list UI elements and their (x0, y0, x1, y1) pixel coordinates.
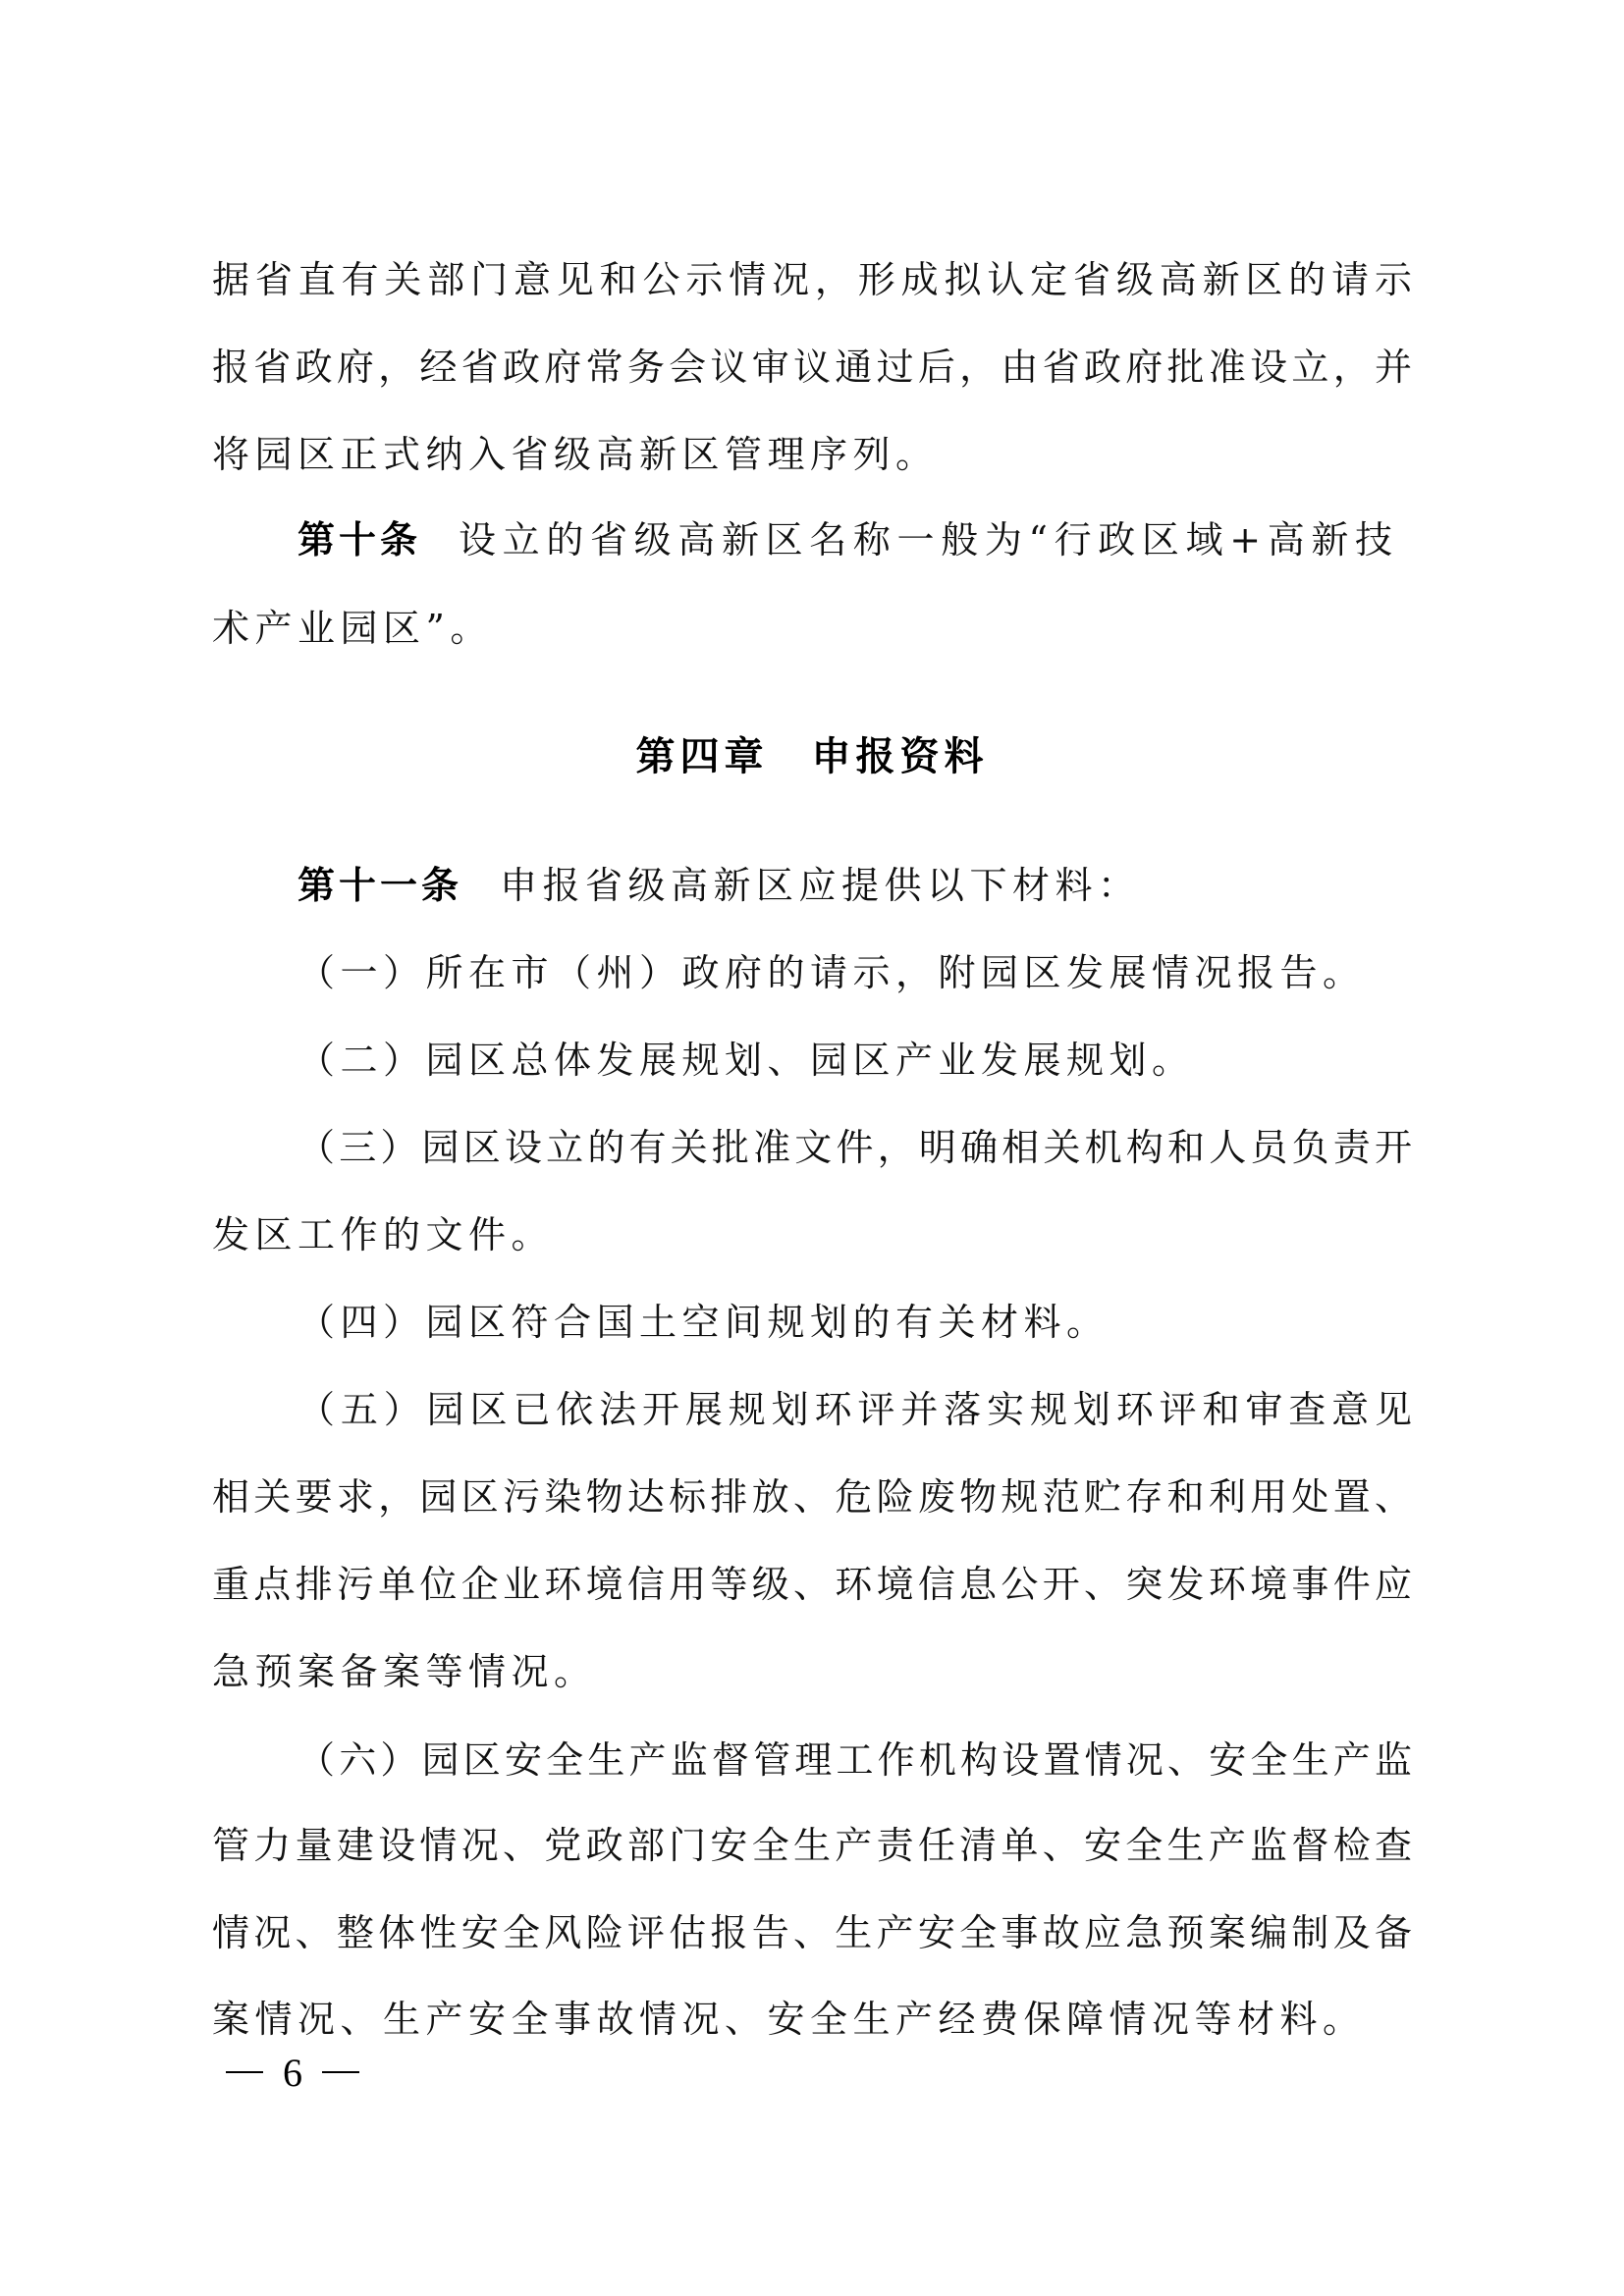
paragraph-line: 将园区正式纳入省级高新区管理序列。 (212, 431, 1412, 478)
page-number: 6 (226, 2054, 359, 2093)
chapter-title: 申报资料 (812, 734, 989, 779)
paragraph-line: 据省直有关部门意见和公示情况，形成拟认定省级高新区的请示 (212, 256, 1412, 303)
chapter-heading: 第四章申报资料 (0, 733, 1624, 780)
article-10-line-1: 第十条设立的省级高新区名称一般为“行政区域+高新技 (298, 516, 1412, 563)
list-item-3-cont: 发区工作的文件。 (212, 1211, 1412, 1258)
article-text: 设立的省级高新区名称一般为“行政区域+高新技 (459, 518, 1399, 561)
list-item-1: （一）所在市（州）政府的请示，附园区发展情况报告。 (298, 949, 1412, 996)
page-number-value: 6 (263, 2054, 322, 2093)
document-page: 据省直有关部门意见和公示情况，形成拟认定省级高新区的请示 报省政府，经省政府常务… (0, 0, 1624, 2296)
list-item-6-cont: 案情况、生产安全事故情况、安全生产经费保障情况等材料。 (212, 1996, 1412, 2043)
article-number: 第十条 (298, 518, 421, 561)
list-item-5-cont: 相关要求，园区污染物达标排放、危险废物规范贮存和利用处置、 (212, 1473, 1412, 1521)
paragraph-line: 报省政府，经省政府常务会议审议通过后，由省政府批准设立，并 (212, 344, 1412, 391)
chapter-number: 第四章 (636, 734, 769, 779)
page-number-dash-left (226, 2071, 263, 2073)
list-item-5-cont: 急预案备案等情况。 (212, 1648, 1412, 1695)
list-item-6-cont: 管力量建设情况、党政部门安全生产责任清单、安全生产监督检查 (212, 1822, 1412, 1869)
list-item-5-cont: 重点排污单位企业环境信用等级、环境信息公开、突发环境事件应 (212, 1561, 1412, 1608)
list-item-5: （五）园区已依法开展规划环评并落实规划环评和审查意见 (298, 1386, 1412, 1433)
list-item-6: （六）园区安全生产监督管理工作机构设置情况、安全生产监 (298, 1736, 1412, 1784)
list-item-2: （二）园区总体发展规划、园区产业发展规划。 (298, 1037, 1412, 1084)
list-item-3: （三）园区设立的有关批准文件，明确相关机构和人员负责开 (298, 1124, 1412, 1171)
list-item-4: （四）园区符合国土空间规划的有关材料。 (298, 1299, 1412, 1346)
page-number-dash-right (322, 2071, 359, 2073)
article-text: 申报省级高新区应提供以下材料： (500, 864, 1141, 907)
article-11-intro: 第十一条申报省级高新区应提供以下材料： (298, 862, 1412, 909)
article-number: 第十一条 (298, 864, 462, 907)
list-item-6-cont: 情况、整体性安全风险评估报告、生产安全事故应急预案编制及备 (212, 1909, 1412, 1956)
article-10-line-2: 术产业园区”。 (212, 605, 1412, 652)
